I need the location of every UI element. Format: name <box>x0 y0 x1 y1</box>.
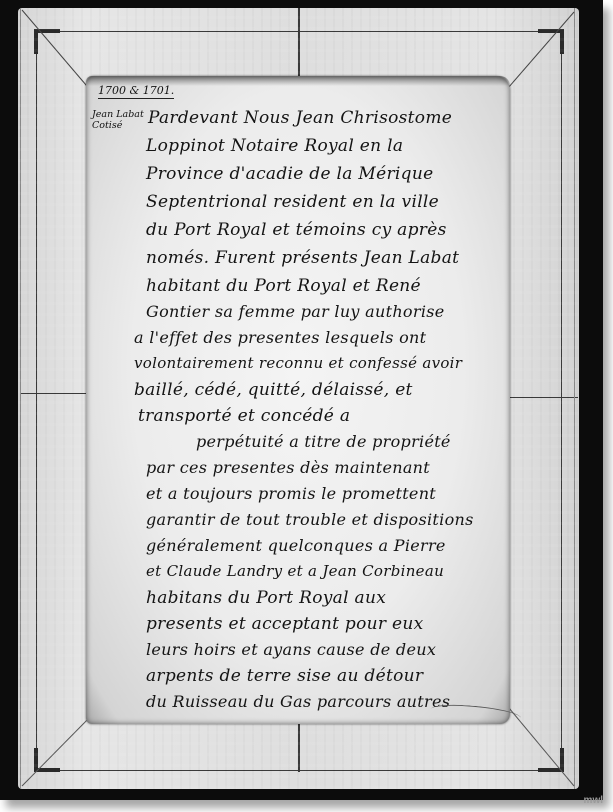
manuscript-line: a l'effet des presentes lesquels ont <box>134 328 426 347</box>
board-rule-top <box>36 31 562 32</box>
manuscript-line: garantir de tout trouble et dispositions <box>146 510 474 529</box>
manuscript-line: transporté et concédé a <box>138 406 350 426</box>
board-mid-left <box>21 393 87 394</box>
manuscript-line: baillé, cédé, quitté, délaissé, et <box>134 380 413 400</box>
date-header: 1700 & 1701. <box>98 84 174 99</box>
manuscript-line: habitant du Port Royal et René <box>146 276 421 296</box>
manuscript-line: généralement quelconques a Pierre <box>146 536 446 555</box>
margin-note-line: Cotisé <box>92 120 144 131</box>
manuscript-line: Loppinot Notaire Royal en la <box>146 136 403 156</box>
margin-note: Jean Labat Cotisé <box>92 109 144 131</box>
page-tear <box>431 703 522 724</box>
board-side-right <box>574 8 575 789</box>
manuscript-line: Septentrional resident en la ville <box>146 192 439 212</box>
manuscript-page: 1700 & 1701. Jean Labat Cotisé Pardevant… <box>86 76 510 724</box>
manuscript-line: perpétuité a titre de propriété <box>196 432 451 451</box>
corner-bracket-tl-h <box>36 29 60 33</box>
manuscript-line: du Port Royal et témoins cy après <box>146 220 447 240</box>
manuscript-line: Province d'acadie de la Mérique <box>146 164 433 184</box>
board-rule-bottom <box>36 770 562 771</box>
manuscript-line: par ces presentes dès maintenant <box>146 458 430 477</box>
manuscript-line: Gontier sa femme par luy authorise <box>146 302 445 321</box>
corner-bracket-br-h <box>538 768 562 772</box>
manuscript-line: Pardevant Nous Jean Chrisostome <box>148 108 452 128</box>
board-rule-right <box>561 31 562 771</box>
corner-bracket-bl-v <box>34 748 38 772</box>
board-side-left <box>20 8 21 789</box>
manuscript-line: volontairement reconnu et confessé avoir <box>134 354 462 372</box>
watermark: mwl <box>584 795 603 806</box>
corner-bracket-tr-h <box>538 29 562 33</box>
manuscript-line: arpents de terre sise au détour <box>146 666 423 686</box>
corner-bracket-br-v <box>560 748 564 772</box>
board-rule-left <box>36 31 37 771</box>
manuscript-line: habitans du Port Royal aux <box>146 588 386 608</box>
board-mid-right <box>510 397 578 398</box>
manuscript-line: leurs hoirs et ayans cause de deux <box>146 640 436 659</box>
corner-bracket-tr-v <box>560 29 564 54</box>
manuscript-line: et Claude Landry et a Jean Corbineau <box>146 562 444 580</box>
manuscript-line: només. Furent présents Jean Labat <box>146 248 459 268</box>
board-center-vertical-bottom <box>298 722 300 772</box>
board-center-vertical-top <box>298 8 300 78</box>
manuscript-line: du Ruisseau du Gas parcours autres <box>146 692 450 711</box>
corner-bracket-tl-v <box>34 29 38 54</box>
manuscript-line: et a toujours promis le promettent <box>146 484 436 503</box>
margin-note-line: Jean Labat <box>92 109 144 120</box>
corner-bracket-bl-h <box>36 768 60 772</box>
manuscript-line: presents et acceptant pour eux <box>146 614 424 634</box>
